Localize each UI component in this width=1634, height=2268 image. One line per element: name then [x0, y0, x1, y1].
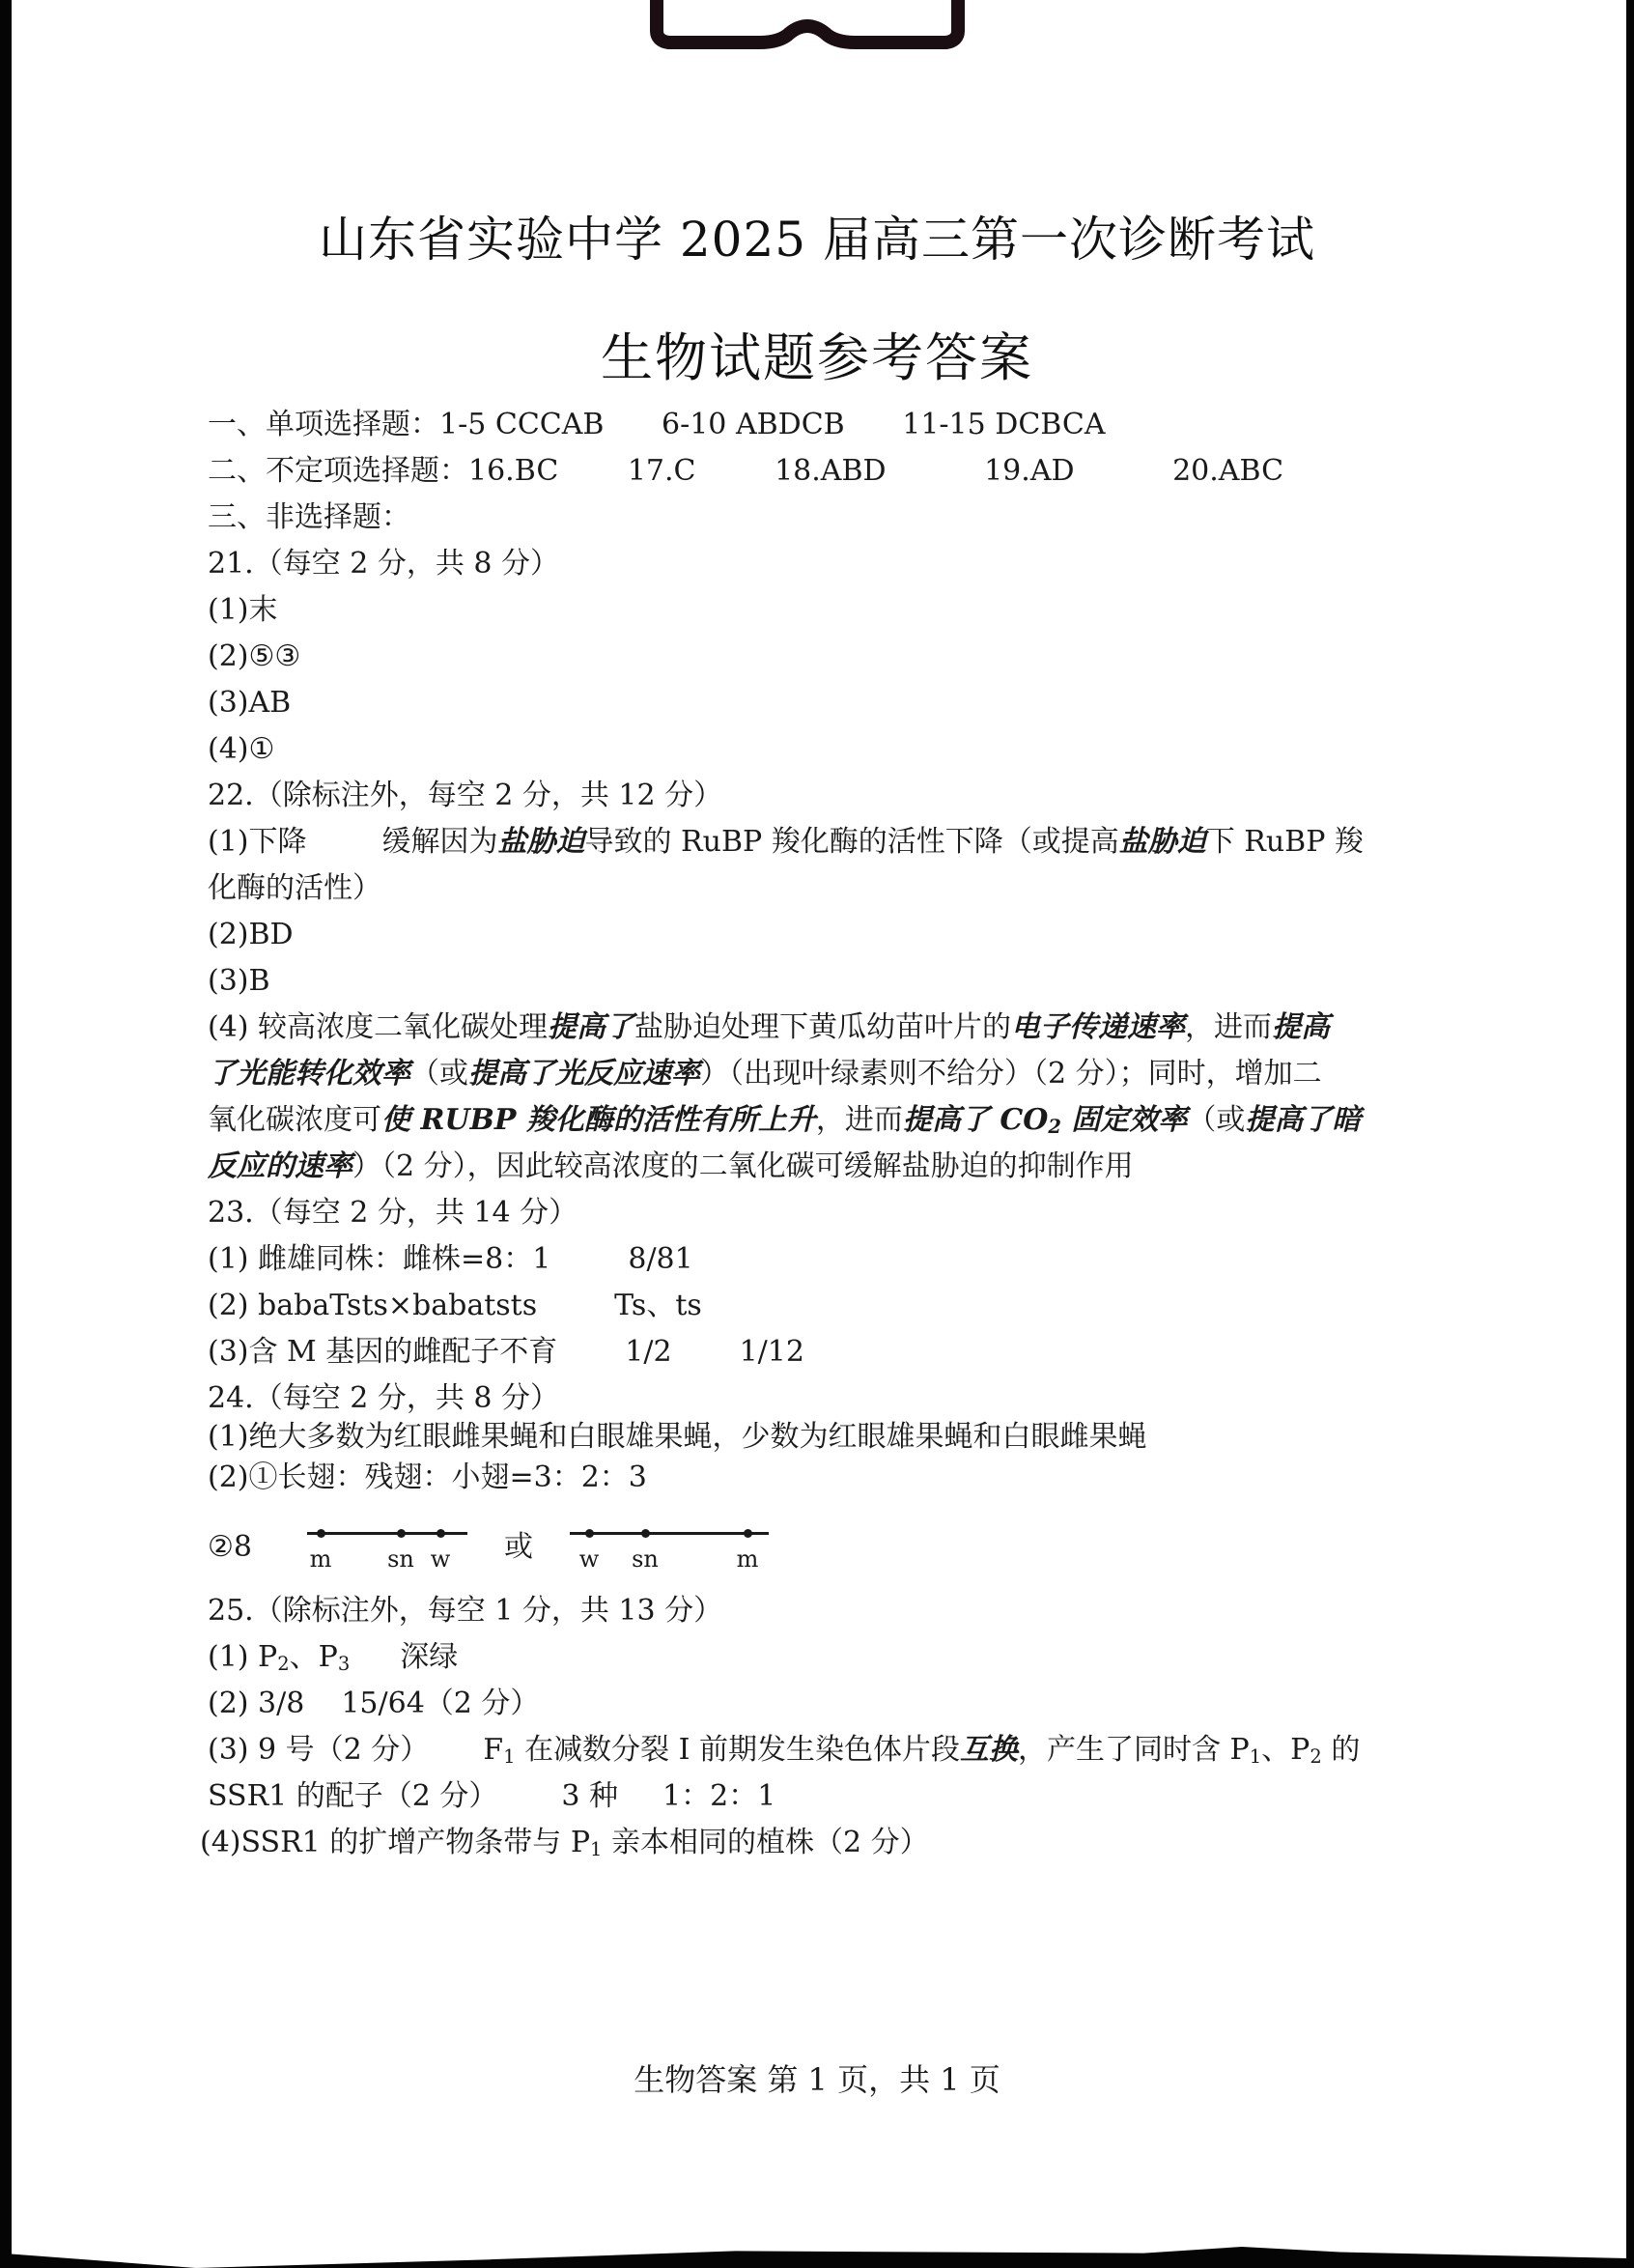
answer-number: (3) — [208, 686, 249, 720]
q21-header: 21.（每空 2 分，共 8 分） — [208, 545, 559, 583]
q25-header: 25.（除标注外，每空 1 分，共 13 分） — [208, 1592, 722, 1630]
q24-answer-2: (2)①长翅：残翅：小翅=3：2：3 — [208, 1459, 647, 1497]
emphasis-text: 提高了 — [548, 1010, 634, 1044]
q23-answer-1: (1) 雌雄同株：雌株=8：18/81 — [208, 1240, 693, 1279]
answer-group: CCCAB — [495, 408, 605, 441]
answer-text: 8 — [234, 1530, 252, 1564]
q22-answer-4-line1: (4) 较高浓度二氧化碳处理提高了盐胁迫处理下黄瓜幼苗叶片的电子传递速率，进而提… — [208, 1008, 1330, 1047]
answer-number: (2) — [208, 1460, 249, 1494]
answer-blank: Ts、ts — [614, 1289, 702, 1322]
answer-number: (4) — [208, 1010, 249, 1044]
q23-answer-3: (3)含 M 基因的雌配子不育1/21/12 — [208, 1333, 804, 1372]
q22-answer-1: (1)下降缓解因为盐胁迫导致的 RuBP 羧化酶的活性下降（或提高盐胁迫下 Ru… — [208, 823, 1364, 862]
section-non-choice: 三、非选择题： — [208, 498, 410, 537]
answer-blank: 含 M 基因的雌配子不育 — [249, 1335, 558, 1369]
answer-text: F — [483, 1733, 503, 1767]
answer-text: 、P — [290, 1640, 338, 1674]
answer-blank: 3 种 — [561, 1779, 618, 1813]
answer-range: 11-15 — [902, 408, 985, 441]
answer-number: ② — [208, 1530, 234, 1564]
answer-number: (1) — [208, 593, 249, 627]
question-number: 17. — [628, 454, 674, 488]
answer-blank: 1/12 — [740, 1335, 804, 1369]
answer-text: 较高浓度二氧化碳处理 — [249, 1010, 549, 1044]
gene-label: w — [431, 1545, 451, 1573]
subscript: 1 — [503, 1745, 515, 1768]
answer: ABC — [1219, 454, 1283, 488]
emphasis-text: 使 RUBP 羧化酶的活性有所上升 — [381, 1103, 816, 1137]
gene-locus-dot — [437, 1529, 445, 1538]
answer-number: (2) — [208, 639, 249, 673]
answer-group: ABDCB — [736, 408, 845, 441]
alternative-connector: 或 — [504, 1528, 533, 1567]
emphasis-part: 固定效率 — [1061, 1103, 1187, 1137]
q25-answer-3-line1: (3) 9 号（2 分）F1 在减数分裂 I 前期发生染色体片段互换，产生了同时… — [208, 1731, 1360, 1776]
subscript: 2 — [1048, 1116, 1061, 1138]
question-number: 16. — [468, 454, 515, 488]
answer-text: （或 — [410, 1057, 468, 1091]
q21-answer-4: (4)① — [208, 730, 274, 769]
answer-text: （或 — [1187, 1103, 1245, 1137]
emphasis-text: 提高了光反应速率 — [468, 1057, 700, 1091]
answer-number: (4) — [208, 732, 249, 766]
answer-number: (1) — [208, 825, 249, 859]
section-label: 二、不定项选择题： — [208, 454, 468, 488]
chromosome-line — [570, 1532, 769, 1535]
chromosome-diagram-2: w sn m — [570, 1524, 769, 1573]
q22-answer-1-cont: 化酶的活性） — [208, 869, 381, 908]
answer: ABD — [821, 454, 887, 488]
section-multi-choice: 二、不定项选择题：16.BC 17.C 18.ABD 19.AD 20.ABC — [208, 452, 1283, 491]
emphasis-text: 盐胁迫 — [498, 825, 585, 859]
gene-locus-dot — [585, 1529, 594, 1538]
answer-number: (2) — [208, 1289, 249, 1322]
subscript: 1 — [590, 1838, 602, 1860]
question-number: 20. — [1172, 454, 1219, 488]
answer-text: B — [249, 964, 270, 998]
answer-number: (2) — [208, 918, 249, 951]
answer: C — [674, 454, 696, 488]
answer-text: AB — [249, 686, 292, 720]
gene-locus-dot — [397, 1529, 406, 1538]
question-number: 18. — [775, 454, 821, 488]
q22-answer-4-line4: 反应的速率）（2 分），因此较高浓度的二氧化碳可缓解盐胁迫的抑制作用 — [208, 1148, 1134, 1186]
answer-text: ）（出现叶绿素则不给分）（2 分）；同时，增加二 — [700, 1057, 1322, 1091]
q22-answer-4-line3: 氧化碳浓度可使 RUBP 羧化酶的活性有所上升，进而提高了 CO2 固定效率（或… — [208, 1101, 1361, 1147]
answer-number: (3) — [208, 964, 249, 998]
answer-text: 氧化碳浓度可 — [208, 1103, 381, 1137]
question-number: 19. — [984, 454, 1030, 488]
answer-range: 1-5 — [439, 408, 486, 441]
section-single-choice: 一、单项选择题：1-5 CCCAB 6-10 ABDCB 11-15 DCBCA — [208, 406, 1106, 444]
answer-number: (1) — [208, 1640, 249, 1674]
emphasis-text: 盐胁迫 — [1119, 825, 1206, 859]
answer-text: 末 — [249, 593, 278, 627]
emphasis-text: 提高了 CO2 固定效率 — [903, 1103, 1188, 1137]
q25-answer-3-line2: SSR1 的配子（2 分）3 种1：2：1 — [208, 1777, 775, 1816]
emphasis-text: 提高 — [1272, 1010, 1330, 1044]
gene-locus-dot — [317, 1529, 325, 1538]
answer-text: ，产生了同时含 P — [1018, 1733, 1250, 1767]
chromosome-diagram-1: m sn w — [307, 1524, 467, 1573]
q24-answer-1: (1)绝大多数为红眼雌果蝇和白眼雄果蝇，少数为红眼雄果蝇和白眼雌果蝇 — [208, 1418, 1147, 1457]
q21-answer-1: (1)末 — [208, 591, 278, 630]
document-subtitle: 生物试题参考答案 — [0, 317, 1634, 391]
q22-header: 22.（除标注外，每空 2 分，共 12 分） — [208, 777, 722, 815]
gene-label: m — [310, 1545, 332, 1573]
answer-blank: 雌雄同株：雌株=8：1 — [249, 1242, 551, 1276]
answer-number: (3) — [208, 1733, 249, 1767]
answer-number: (1) — [208, 1242, 249, 1276]
q23-header: 23.（每空 2 分，共 14 分） — [208, 1194, 578, 1233]
answer-text: ，进而 — [1185, 1010, 1272, 1044]
answer-text: 缓解因为 — [382, 825, 498, 859]
answer-blank: 1/2 — [625, 1335, 671, 1369]
answer-blank: 1：2：1 — [662, 1779, 775, 1813]
emphasis-text: 电子传递速率 — [1011, 1010, 1185, 1044]
subscript: 3 — [338, 1653, 350, 1675]
answer-number: (1) — [208, 1420, 249, 1454]
answer-blank: 8/81 — [628, 1242, 692, 1276]
q21-answer-2: (2)⑤③ — [208, 638, 300, 676]
q22-answer-2: (2)BD — [208, 916, 294, 954]
emphasis-text: 反应的速率 — [208, 1149, 352, 1183]
q25-answer-4: (4)SSR1 的扩增产物条带与 P1 亲本相同的植株（2 分） — [200, 1824, 929, 1869]
q22-answer-4-line2: 了光能转化效率（或提高了光反应速率）（出现叶绿素则不给分）（2 分）；同时，增加… — [208, 1055, 1322, 1093]
emphasis-text: 互换 — [960, 1733, 1018, 1767]
answer-blank: 15/64（2 分） — [341, 1687, 539, 1720]
answer: BC — [515, 454, 559, 488]
answer-blank: babaTsts×babatsts — [249, 1289, 538, 1322]
emphasis-text: 了光能转化效率 — [208, 1057, 410, 1091]
subscript: 1 — [1250, 1745, 1261, 1768]
answer-blank: SSR1 的配子（2 分） — [208, 1779, 497, 1813]
answer-sheet: 山东省实验中学 2025 届高三第一次诊断考试 生物试题参考答案 一、单项选择题… — [0, 0, 1634, 2268]
answer-blank: 深绿 — [400, 1640, 458, 1674]
answer-text: P — [249, 1640, 278, 1674]
answer-text: ⑤③ — [249, 639, 301, 673]
answer-number: (2) — [208, 1687, 249, 1720]
answer-blank: 3/8 — [249, 1687, 305, 1720]
q23-answer-2: (2) babaTsts×babatstsTs、ts — [208, 1287, 702, 1325]
gene-label: m — [737, 1545, 759, 1573]
answer-text: 的 — [1322, 1733, 1361, 1767]
gene-locus-dot — [641, 1529, 650, 1538]
answer-text: ① — [249, 732, 275, 766]
answer-text: 盐胁迫处理下黄瓜幼苗叶片的 — [634, 1010, 1011, 1044]
answer-text: 在减数分裂 I 前期发生染色体片段 — [516, 1733, 960, 1767]
answer-text: 下 RuBP 羧 — [1206, 825, 1364, 859]
answer-text: 、P — [1261, 1733, 1310, 1767]
q22-answer-3: (3)B — [208, 962, 270, 1001]
page-footer: 生物答案 第 1 页，共 1 页 — [0, 2055, 1634, 2100]
answer-number: (4) — [200, 1826, 241, 1859]
answer-text: ，进而 — [816, 1103, 903, 1137]
answer-blank: 9 号（2 分） — [249, 1733, 430, 1767]
answer-text: ①长翅：残翅：小翅=3：2：3 — [249, 1460, 647, 1494]
answer-blank: 下降 — [249, 825, 307, 859]
q25-answer-1: (1) P2、P3深绿 — [208, 1638, 458, 1684]
emphasis-text: 提高了暗 — [1245, 1103, 1361, 1137]
answer-number: (3) — [208, 1335, 249, 1369]
answer: AD — [1030, 454, 1075, 488]
subscript: 2 — [1310, 1745, 1321, 1768]
q25-answer-2: (2) 3/815/64（2 分） — [208, 1685, 539, 1723]
gene-label: sn — [632, 1545, 659, 1573]
document-title: 山东省实验中学 2025 届高三第一次诊断考试 — [0, 201, 1634, 270]
q21-answer-3: (3)AB — [208, 684, 291, 723]
answer-range: 6-10 — [662, 408, 726, 441]
answer-group: DCBCA — [995, 408, 1105, 441]
gene-label: sn — [387, 1545, 414, 1573]
section-label: 一、单项选择题： — [208, 408, 439, 441]
answer-text: 导致的 RuBP 羧化酶的活性下降（或提高 — [585, 825, 1119, 859]
answer-text: SSR1 的扩增产物条带与 P — [241, 1826, 591, 1859]
gene-locus-dot — [744, 1529, 752, 1538]
answer-text: BD — [249, 918, 294, 951]
subscript: 2 — [277, 1653, 289, 1675]
q24-answer-2-2: ②8 — [208, 1528, 252, 1567]
emphasis-part: 提高了 CO — [903, 1103, 1048, 1137]
q24-header: 24.（每空 2 分，共 8 分） — [208, 1379, 559, 1418]
gene-label: w — [579, 1545, 600, 1573]
answer-text: 亲本相同的植株（2 分） — [602, 1826, 928, 1859]
answer-text: 绝大多数为红眼雌果蝇和白眼雄果蝇，少数为红眼雄果蝇和白眼雌果蝇 — [249, 1420, 1147, 1454]
answer-text: ）（2 分），因此较高浓度的二氧化碳可缓解盐胁迫的抑制作用 — [352, 1149, 1134, 1183]
